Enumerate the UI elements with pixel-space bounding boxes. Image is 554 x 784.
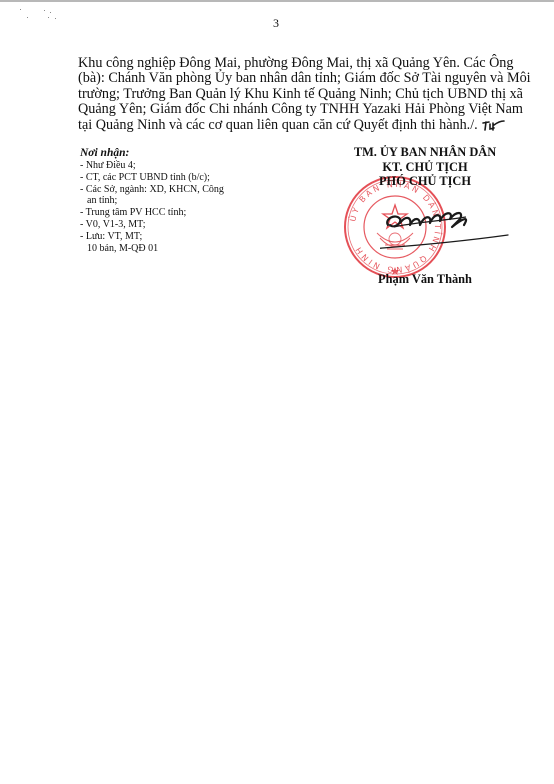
page-number: 3 <box>266 16 286 30</box>
initials-mark-icon <box>481 119 505 131</box>
signature-title-line: KT. CHỦ TỊCH <box>340 160 510 175</box>
handwritten-signature-icon <box>380 205 510 255</box>
recipients-list: Nơi nhận: - Như Điều 4; - CT, các PCT UB… <box>80 147 280 254</box>
recipient-item: an tỉnh; <box>80 195 280 207</box>
recipients-title: Nơi nhận: <box>80 147 280 160</box>
recipient-item: - Các Sở, ngành: XD, KHCN, Công <box>80 184 280 196</box>
body-line: (bà): Chánh Văn phòng Ủy ban nhân dân tỉ… <box>78 71 501 86</box>
signer-name: Phạm Văn Thành <box>340 272 510 286</box>
recipient-item: - V0, V1-3, MT; <box>80 219 280 231</box>
recipient-item: - CT, các PCT UBND tỉnh (b/c); <box>80 172 280 184</box>
signature-title-line: TM. ỦY BAN NHÂN DÂN <box>340 145 510 160</box>
body-line: trường; Trưởng Ban Quản lý Khu Kinh tế Q… <box>78 87 501 102</box>
recipient-item: 10 bản, M-QĐ 01 <box>80 243 280 255</box>
signature-title-line: PHÓ CHỦ TỊCH <box>340 174 510 189</box>
page-top-border <box>0 0 554 2</box>
recipient-item: - Như Điều 4; <box>80 160 280 172</box>
recipient-item: - Lưu: VT, MT; <box>80 231 280 243</box>
signature-block: TM. ỦY BAN NHÂN DÂN KT. CHỦ TỊCH PHÓ CHỦ… <box>340 145 510 189</box>
body-line-last: tại Quảng Ninh và các cơ quan liên quan … <box>78 118 501 133</box>
body-line: tại Quảng Ninh và các cơ quan liên quan … <box>78 117 478 133</box>
scan-noise-specks <box>18 9 58 23</box>
decision-body-paragraph: Khu công nghiệp Đông Mai, phường Đông Ma… <box>78 56 501 133</box>
recipient-item: - Trung tâm PV HCC tỉnh; <box>80 207 280 219</box>
body-line: Quảng Yên; Giám đốc Chi nhánh Công ty TN… <box>78 102 501 117</box>
